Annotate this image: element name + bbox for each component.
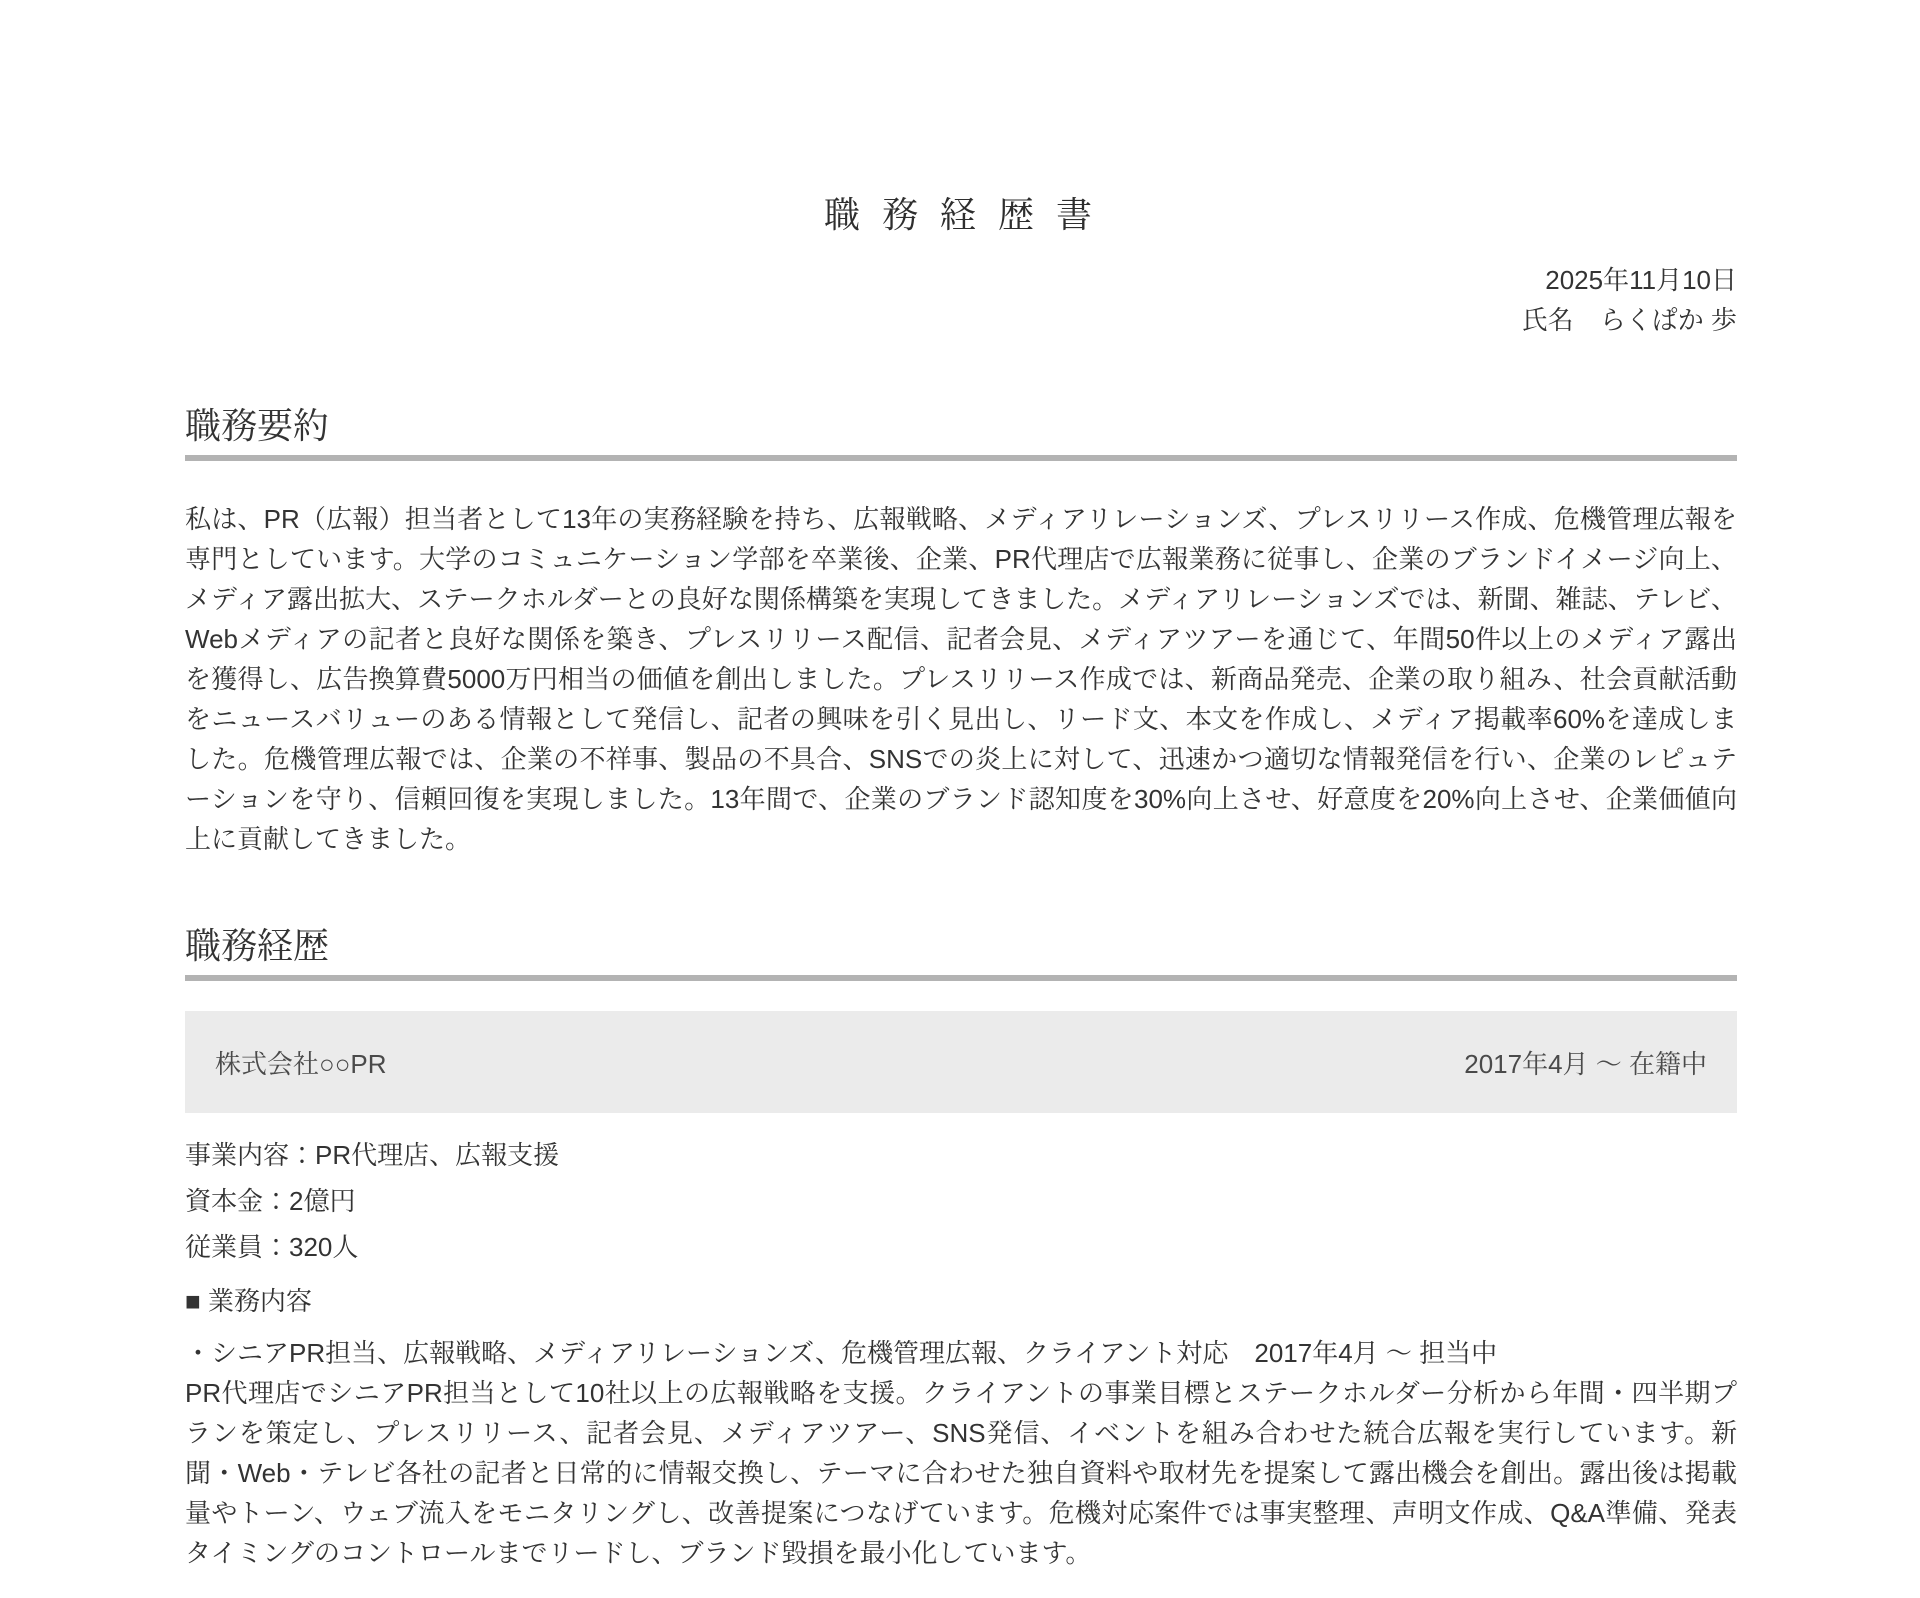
section-heading-career: 職務経歴: [185, 927, 1737, 981]
summary-paragraph: 私は、PR（広報）担当者として13年の実務経験を持ち、広報戦略、メディアリレーシ…: [185, 499, 1737, 859]
duties-description: PR代理店でシニアPR担当として10社以上の広報戦略を支援。クライアントの事業目…: [185, 1378, 1737, 1568]
section-heading-summary: 職務要約: [185, 407, 1737, 461]
employment-period: 2017年4月 〜 在籍中: [1464, 1044, 1707, 1081]
company-business-line: 事業内容：PR代理店、広報支援: [185, 1142, 1737, 1168]
duties-heading: ■ 業務内容: [185, 1288, 1737, 1314]
document-date: 2025年11月10日: [185, 267, 1737, 293]
company-capital-line: 資本金：2億円: [185, 1188, 1737, 1214]
role-line: ・シニアPR担当、広報戦略、メディアリレーションズ、危機管理広報、クライアント対…: [185, 1333, 1737, 1373]
duties-block: ・シニアPR担当、広報戦略、メディアリレーションズ、危機管理広報、クライアント対…: [185, 1333, 1737, 1573]
company-employees-line: 従業員：320人: [185, 1234, 1737, 1260]
document-content: 職 務 経 歴 書 2025年11月10日 氏名 らくぱか 歩 職務要約 私は、…: [0, 0, 1920, 1573]
document-page: 職 務 経 歴 書 2025年11月10日 氏名 らくぱか 歩 職務要約 私は、…: [0, 0, 1920, 1598]
applicant-name: 氏名 らくぱか 歩: [185, 307, 1737, 333]
document-title: 職 務 経 歴 書: [185, 197, 1737, 233]
company-name: 株式会社○○PR: [215, 1044, 387, 1081]
company-header-box: 株式会社○○PR 2017年4月 〜 在籍中: [185, 1011, 1737, 1113]
